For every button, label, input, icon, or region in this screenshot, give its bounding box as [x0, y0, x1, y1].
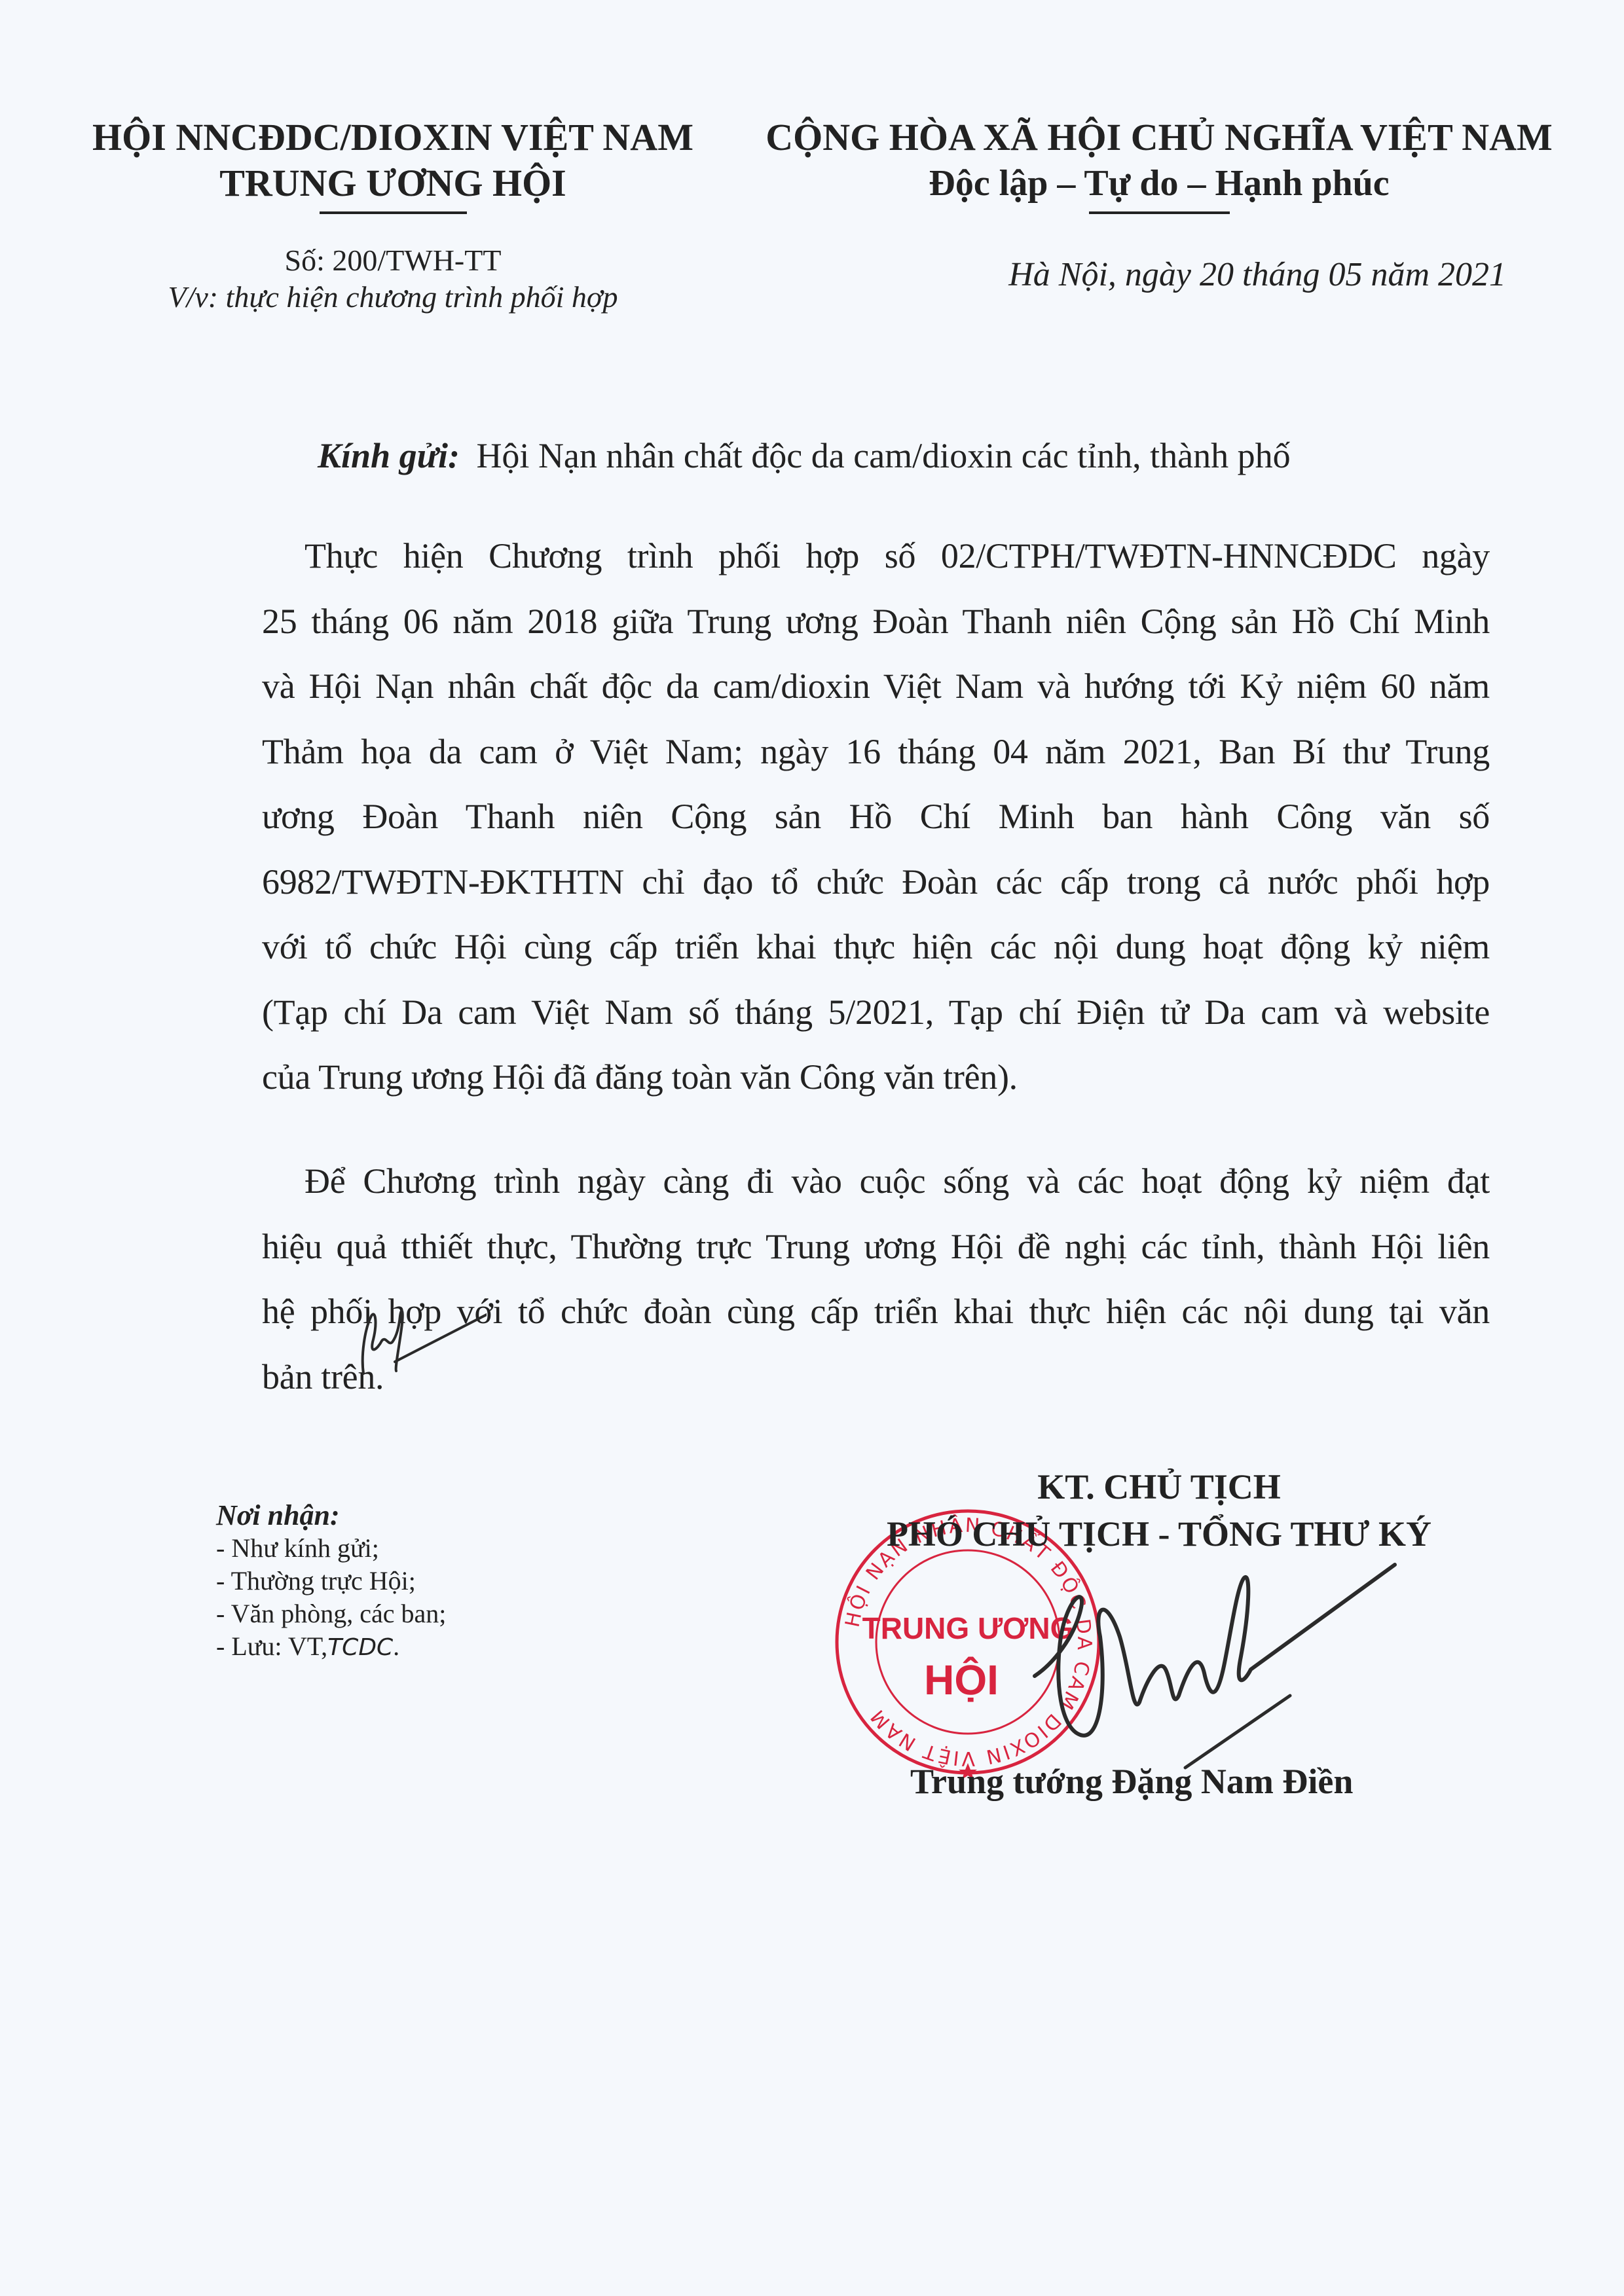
document-number: Số: 200/TWH-TT — [65, 242, 720, 279]
signature-authority: KT. CHỦ TỊCH — [845, 1463, 1473, 1510]
paragraph-line: của Trung ương Hội đã đăng toàn văn Công… — [262, 1045, 1490, 1110]
addressee: Kính gửi: Hội Nạn nhân chất độc da cam/d… — [318, 435, 1291, 476]
paragraph-line: và Hội Nạn nhân chất độc da cam/dioxin V… — [262, 654, 1490, 720]
paragraph-line: hiệu quả tthiết thực, Thường trực Trung … — [262, 1214, 1490, 1280]
recipient-item: - Thường trực Hội; — [216, 1565, 446, 1597]
org-unit: TRUNG ƯƠNG HỘI — [65, 160, 720, 206]
archive-code-handwritten: TCDC — [327, 1634, 393, 1661]
org-underline — [320, 211, 467, 214]
document-reference: Số: 200/TWH-TT V/v: thực hiện chương trì… — [65, 242, 720, 316]
svg-text:HỘI: HỘI — [924, 1656, 999, 1704]
body-paragraph-1: Thực hiện Chương trình phối hợp số 02/CT… — [262, 524, 1490, 1110]
addressee-value: Hội Nạn nhân chất độc da cam/dioxin các … — [476, 436, 1290, 475]
motto-underline — [1089, 211, 1230, 214]
paragraph-line: 25 tháng 06 năm 2018 giữa Trung ương Đoà… — [262, 589, 1490, 655]
paragraph-line: với tổ chức Hội cùng cấp triển khai thực… — [262, 915, 1490, 980]
paragraph-line: Thực hiện Chương trình phối hợp số 02/CT… — [262, 524, 1490, 589]
national-motto: Độc lập – Tự do – Hạnh phúc — [733, 160, 1585, 206]
issuing-organization: HỘI NNCĐDC/DIOXIN VIỆT NAM TRUNG ƯƠNG HỘ… — [65, 115, 720, 214]
paragraph-line: ương Đoàn Thanh niên Cộng sản Hồ Chí Min… — [262, 784, 1490, 850]
recipient-item: - Như kính gửi; — [216, 1532, 446, 1565]
nation-name: CỘNG HÒA XÃ HỘI CHỦ NGHĨA VIỆT NAM — [733, 115, 1585, 160]
place-date: Hà Nội, ngày 20 tháng 05 năm 2021 — [733, 255, 1506, 294]
recipients-list: Nơi nhận: - Như kính gửi; - Thường trực … — [216, 1499, 446, 1664]
paragraph-line: (Tạp chí Da cam Việt Nam số tháng 5/2021… — [262, 980, 1490, 1046]
handwritten-signature-icon — [1008, 1558, 1401, 1794]
document-subject: V/v: thực hiện chương trình phối hợp — [65, 279, 720, 316]
signer-name: Trung tướng Đặng Nam Điền — [910, 1761, 1353, 1802]
recipient-item: - Lưu: VT,TCDC. — [216, 1630, 446, 1664]
recipient-item: - Văn phòng, các ban; — [216, 1597, 446, 1630]
addressee-label: Kính gửi: — [318, 436, 460, 475]
org-name: HỘI NNCĐDC/DIOXIN VIỆT NAM — [65, 115, 720, 160]
paragraph-line: 6982/TWĐTN-ĐKTHTN chỉ đạo tổ chức Đoàn c… — [262, 850, 1490, 915]
paragraph-line: Để Chương trình ngày càng đi vào cuộc số… — [262, 1149, 1490, 1214]
signature-block: KT. CHỦ TỊCH PHÓ CHỦ TỊCH - TỔNG THƯ KÝ — [845, 1463, 1473, 1558]
national-header: CỘNG HÒA XÃ HỘI CHỦ NGHĨA VIỆT NAM Độc l… — [733, 115, 1585, 214]
signature-title: PHÓ CHỦ TỊCH - TỔNG THƯ KÝ — [845, 1510, 1473, 1558]
initials-signature-icon — [356, 1303, 487, 1381]
recipients-title: Nơi nhận: — [216, 1499, 446, 1532]
paragraph-line: Thảm họa da cam ở Việt Nam; ngày 16 thán… — [262, 720, 1490, 785]
